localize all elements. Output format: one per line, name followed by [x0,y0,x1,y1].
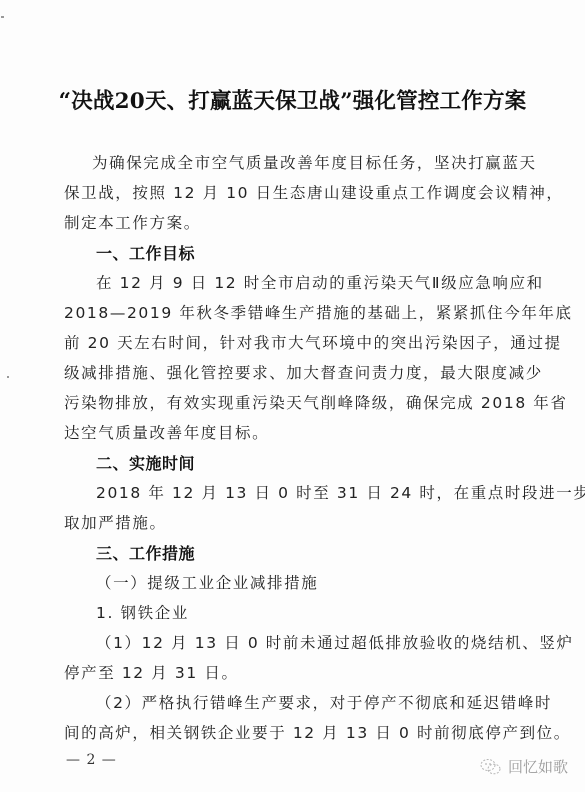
item2-line: 间的高炉，相关钢铁企业要于 12 月 13 日 0 时前彻底停产到位。 [64,721,571,743]
section-heading-measures: 三、工作措施 [96,541,195,564]
section2-line: 2018 年 12 月 13 日 0 时至 31 日 24 时，在重点时段进一步… [96,481,585,503]
item1-line: 停产至 12 月 31 日。 [64,661,239,683]
scan-speck [7,376,9,378]
section-heading-schedule: 二、实施时间 [96,451,195,474]
page-number: — 2 — [66,752,117,768]
intro-line: 保卫战，按照 12 月 10 日生态唐山建设重点工作调度会议精神， [64,181,563,203]
section1-line: 2018—2019 年秋冬季错峰生产措施的基础上，紧紧抓住今年年底 [64,301,573,323]
scan-speck [1,16,4,18]
item1-line: （1）12 月 13 日 0 时前未通过超低排放验收的烧结机、竖炉 [96,631,574,653]
intro-line: 制定本工作方案。 [64,211,201,233]
section1-line: 在 12 月 9 日 12 时全市启动的重污染天气Ⅱ级应急响应和 [96,271,544,293]
intro-line: 为确保完成全市空气质量改善年度目标任务，坚决打赢蓝天 [92,151,537,173]
watermark-label: 回忆如歌 [508,756,568,777]
wechat-icon [480,758,502,776]
section1-line: 前 20 天左右时间，针对我市大气环境中的突出污染因子，通过提 [64,331,562,353]
section1-line: 级减排措施、强化管控要求、加大督查问责力度，最大限度减少 [64,361,543,383]
item-heading-steel: 1. 钢铁企业 [96,601,189,623]
section1-line: 达空气质量改善年度目标。 [64,421,269,443]
document-page: “决战20天、打赢蓝天保卫战”强化管控工作方案 为确保完成全市空气质量改善年度目… [0,0,585,792]
document-title: “决战20天、打赢蓝天保卫战”强化管控工作方案 [0,84,585,115]
section1-line: 污染物排放，有效实现重污染天气削峰降级，确保完成 2018 年省 [64,391,568,413]
watermark: 回忆如歌 [480,756,568,777]
section2-line: 取加严措施。 [64,511,167,533]
item2-line: （2）严格执行错峰生产要求，对于停产不彻底和延迟错峰时 [96,691,552,713]
subsection-heading: （一）提级工业企业减排措施 [96,571,318,593]
section-heading-goals: 一、工作目标 [96,241,195,264]
